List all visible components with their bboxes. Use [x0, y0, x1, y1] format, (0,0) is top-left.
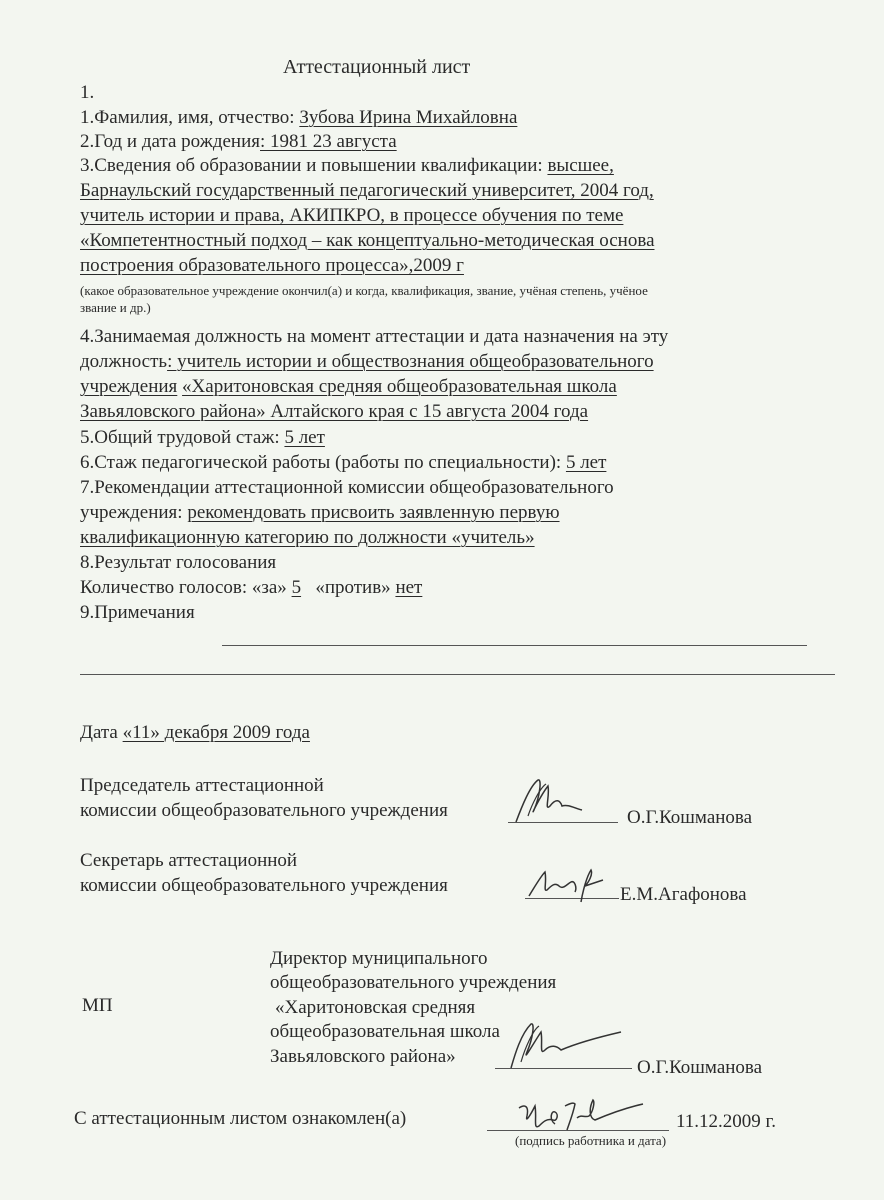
total-exp-row: 5.Общий трудовой стаж: 5 лет [80, 427, 325, 449]
secretary-title-2: комиссии общеобразовательного учреждения [80, 875, 448, 897]
edu-row: 3.Сведения об образовании и повышении кв… [80, 155, 614, 177]
edu-value-2: Барнаульский государственный педагогичес… [80, 180, 654, 202]
acknowledged-date: 11.12.2009 г. [676, 1111, 776, 1133]
position-value-2a: учреждения [80, 376, 177, 397]
secretary-title-1: Секретарь аттестационной [80, 850, 297, 872]
votes-against: нет [395, 577, 422, 598]
recommend-value-1: рекомендовать присвоить заявленную перву… [187, 502, 559, 523]
position-label-2: должность [80, 351, 167, 372]
votes-against-label: «против» [315, 577, 390, 598]
director-signature [505, 1018, 625, 1072]
position-row-2: должность: учитель истории и обществозна… [80, 351, 654, 373]
recommend-value-2: квалификационную категорию по должности … [80, 527, 535, 549]
edu-value-3: учитель истории и права, АКИПКРО, в проц… [80, 205, 623, 227]
director-title-5: Завьяловского района» [270, 1046, 456, 1068]
date-row: Дата «11» декабря 2009 года [80, 722, 310, 744]
director-title-4: общеобразовательная школа [270, 1021, 500, 1043]
attestation-sheet: Аттестационный лист 1. 1.Фамилия, имя, о… [0, 0, 884, 1200]
position-row-3: учреждения «Харитоновская средняя общеоб… [80, 376, 617, 398]
secretary-name: Е.М.Агафонова [620, 884, 747, 906]
document-title: Аттестационный лист [283, 56, 470, 78]
birth-row: 2.Год и дата рождения: 1981 23 августа [80, 131, 397, 153]
secretary-signature [525, 862, 605, 904]
ped-exp-label: 6.Стаж педагогической работы (работы по … [80, 452, 561, 473]
edu-value-1: высшее, [547, 155, 613, 176]
edu-value-4: «Компетентностный подход – как концептуа… [80, 230, 655, 252]
notes-line-1 [222, 645, 807, 646]
votes-label: Количество голосов: «за» [80, 577, 287, 598]
edu-hint-1: (какое образовательное учреждение окончи… [80, 283, 648, 299]
ped-exp-value: 5 лет [566, 452, 606, 473]
ped-exp-row: 6.Стаж педагогической работы (работы по … [80, 452, 606, 474]
acknowledged-hint: (подпись работника и дата) [515, 1133, 666, 1149]
fio-value: Зубова Ирина Михайловна [299, 107, 517, 128]
date-label: Дата [80, 722, 118, 743]
vote-label: 8.Результат голосования [80, 552, 276, 574]
notes-line-2 [80, 674, 835, 675]
acknowledged-label: С аттестационным листом ознакомлен(а) [74, 1108, 406, 1130]
director-title-1: Директор муниципального [270, 948, 487, 970]
position-value-2b: «Харитоновская средняя общеобразовательн… [182, 376, 617, 397]
votes-row: Количество голосов: «за» 5 «против» нет [80, 577, 422, 599]
birth-value: : 1981 23 августа [260, 131, 397, 152]
position-value-3: Завьяловского района» Алтайского края с … [80, 401, 588, 423]
birth-label: 2.Год и дата рождения [80, 131, 260, 152]
chair-name: О.Г.Кошманова [627, 807, 752, 829]
director-title-3: «Харитоновская средняя [275, 997, 475, 1019]
edu-hint-2: звание и др.) [80, 300, 151, 316]
recommend-label-2: учреждения: [80, 502, 183, 523]
recommend-label-1: 7.Рекомендации аттестационной комиссии о… [80, 477, 614, 499]
notes-label: 9.Примечания [80, 602, 195, 624]
stamp-label: МП [82, 995, 113, 1017]
recommend-row-2: учреждения: рекомендовать присвоить заяв… [80, 502, 560, 524]
chair-signature [510, 776, 590, 826]
votes-for: 5 [292, 577, 302, 598]
date-value: «11» декабря 2009 года [123, 722, 310, 743]
edu-label: 3.Сведения об образовании и повышении кв… [80, 155, 543, 176]
item-number: 1. [80, 82, 94, 104]
chair-title-2: комиссии общеобразовательного учреждения [80, 800, 448, 822]
total-exp-label: 5.Общий трудовой стаж: [80, 427, 280, 448]
total-exp-value: 5 лет [284, 427, 324, 448]
director-title-2: общеобразовательного учреждения [270, 972, 556, 994]
chair-title-1: Председатель аттестационной [80, 775, 324, 797]
edu-value-5: построения образовательного процесса»,20… [80, 255, 464, 277]
fio-label: 1.Фамилия, имя, отчество: [80, 107, 295, 128]
employee-signature [515, 1096, 645, 1136]
position-value-1: : учитель истории и обществознания общео… [167, 351, 654, 372]
position-label-1: 4.Занимаемая должность на момент аттеста… [80, 326, 668, 348]
director-name: О.Г.Кошманова [637, 1057, 762, 1079]
fio-row: 1.Фамилия, имя, отчество: Зубова Ирина М… [80, 107, 517, 129]
